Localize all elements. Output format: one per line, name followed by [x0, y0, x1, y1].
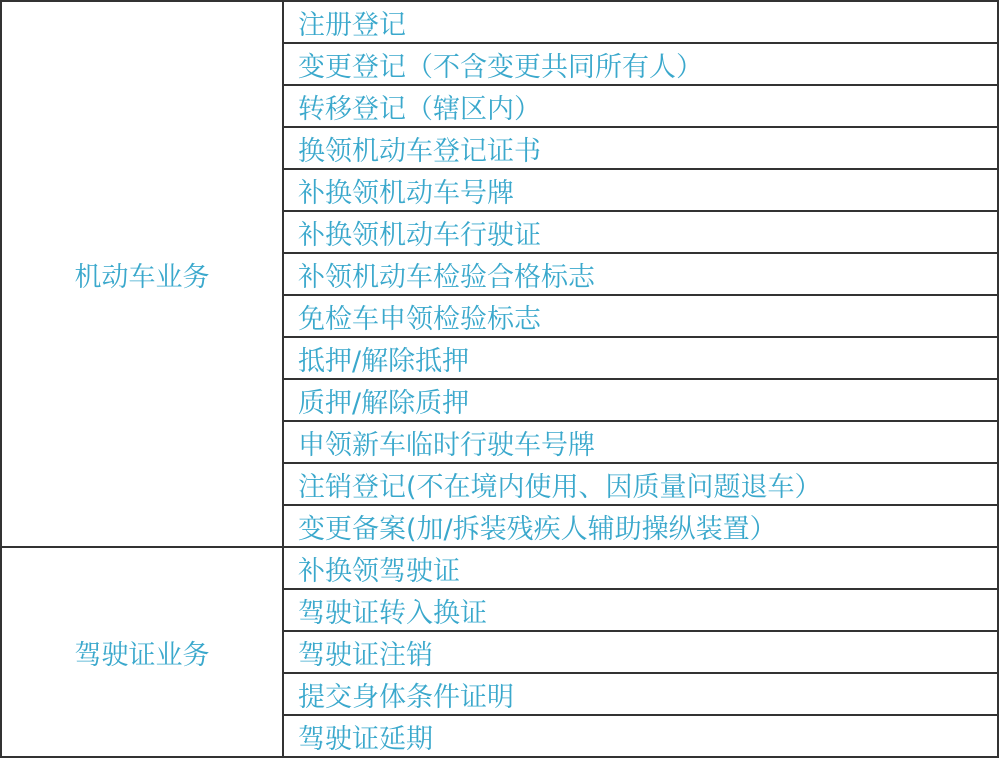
service-item: 抵押/解除抵押	[283, 337, 998, 379]
service-item: 驾驶证转入换证	[283, 589, 998, 631]
service-item: 质押/解除质押	[283, 379, 998, 421]
service-item: 驾驶证延期	[283, 715, 998, 757]
service-item: 驾驶证注销	[283, 631, 998, 673]
service-item: 补领机动车检验合格标志	[283, 253, 998, 295]
service-item: 申领新车临时行驶车号牌	[283, 421, 998, 463]
category-cell: 驾驶证业务	[1, 547, 283, 757]
service-item: 换领机动车登记证书	[283, 127, 998, 169]
service-item: 注销登记(不在境内使用、因质量问题退车）	[283, 463, 998, 505]
service-item: 补换领机动车行驶证	[283, 211, 998, 253]
service-item: 提交身体条件证明	[283, 673, 998, 715]
services-table: 机动车业务注册登记变更登记（不含变更共同所有人）转移登记（辖区内）换领机动车登记…	[0, 0, 999, 758]
table-row: 机动车业务注册登记	[1, 1, 998, 43]
service-item: 注册登记	[283, 1, 998, 43]
service-item: 变更备案(加/拆装残疾人辅助操纵装置）	[283, 505, 998, 547]
service-item: 免检车申领检验标志	[283, 295, 998, 337]
service-item: 补换领机动车号牌	[283, 169, 998, 211]
service-item: 转移登记（辖区内）	[283, 85, 998, 127]
service-item: 补换领驾驶证	[283, 547, 998, 589]
table-row: 驾驶证业务补换领驾驶证	[1, 547, 998, 589]
service-item: 变更登记（不含变更共同所有人）	[283, 43, 998, 85]
category-cell: 机动车业务	[1, 1, 283, 547]
